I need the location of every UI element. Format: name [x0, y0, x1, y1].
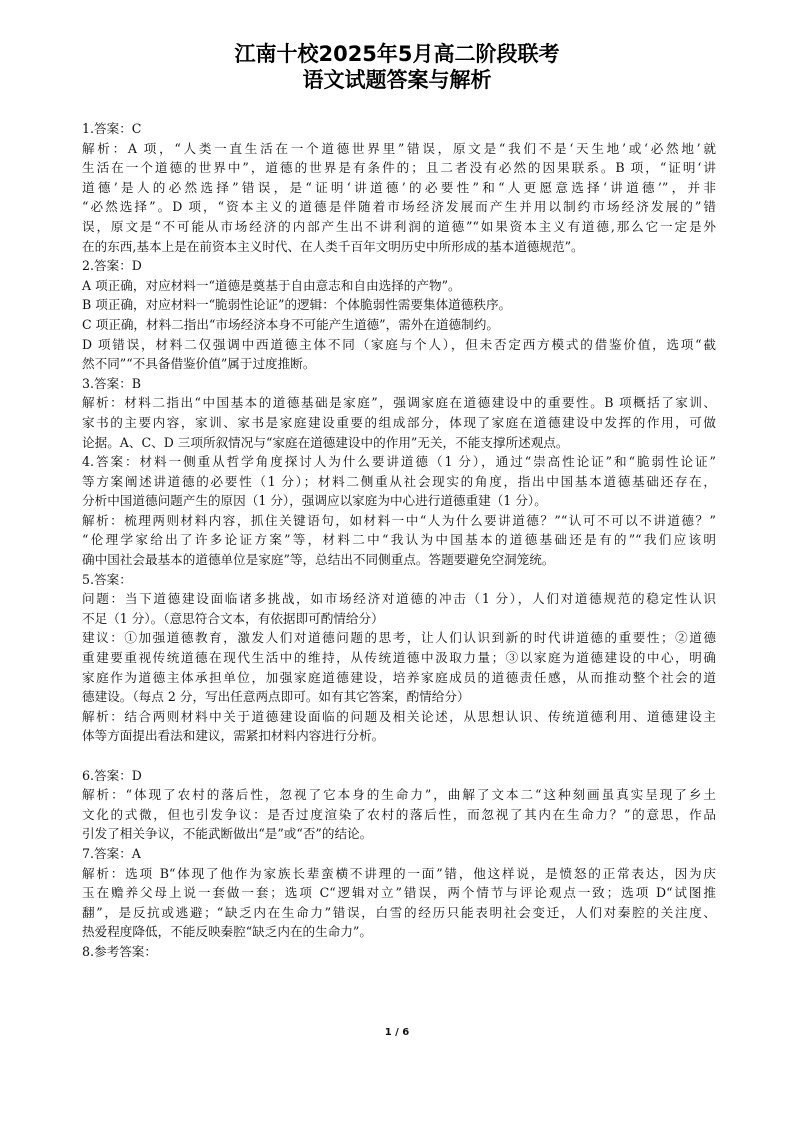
text-line: 翻”，是反抗或逃避；“缺乏内在生命力”错误，白雪的经历只能表明社会变迁，人们对秦… [82, 903, 716, 923]
text-line: 重建要重视传统道德在现代生活中的维持，从传统道德中汲取力量；③以家庭为道德建设的… [82, 648, 716, 668]
text-line: 引发了相关争议，不能武断做出“是”或“否”的结论。 [82, 824, 716, 844]
text-line: 不足（1 分）。（意思符合文本，有依据即可酌情给分） [82, 609, 716, 629]
text-line: 道德’是人的必然选择”错误，是“证明‘讲道德’的必要性”和“人更愿意选择‘讲道德… [82, 178, 716, 198]
text-line: 1.答案：C [82, 119, 716, 139]
text-line: 德建设。（每点 2 分，写出任意两点即可。如有其它答案，酌情给分） [82, 687, 716, 707]
text-line: 7.答案：A [82, 844, 716, 864]
text-line: 等方案阐述讲道德的必要性（1 分）；材料二侧重从社会现实的角度，指出中国基本道德… [82, 472, 716, 492]
text-line: 4.答案：材料一侧重从哲学角度探讨人为什么要讲道德（1 分），通过“崇高性论证”… [82, 452, 716, 472]
text-line: 体等方面提出看法和建议，需紧扣材料内容进行分析。 [82, 726, 716, 746]
page-number: 1 / 6 [0, 1027, 794, 1038]
text-line: C 项正确，材料二指出“市场经济本身不可能产生道德”，需外在道德制约。 [82, 315, 716, 335]
text-line: 解析：“体现了农村的落后性，忽视了它本身的生命力”，曲解了文本二“这种刻画虽真实… [82, 785, 716, 805]
text-line: 解析：选项 B“体现了他作为家族长辈蛮横不讲理的一面”错，他这样说，是愤怒的正常… [82, 864, 716, 884]
text-line: D 项错误，材料二仅强调中西道德主体不同（家庭与个人），但未否定西方模式的借鉴价… [82, 335, 716, 355]
text-line: 论据。A、C、D 三项所叙情况与“家庭在道德建设中的作用”无关，不能支撑所述观点… [82, 433, 716, 453]
text-line: 解析：材料二指出“中国基本的道德基础是家庭”，强调家庭在道德建设中的重要性。B … [82, 393, 716, 413]
text-line: 玉在赡养父母上说一套做一套；选项 C“逻辑对立”错误，两个情节与评论观点一致；选… [82, 883, 716, 903]
text-line: 在的东西,基本上是在前资本主义时代、在人类千百年文明历史中所形成的基本道德规范”… [82, 237, 716, 257]
text-line: 生活在一个道德的世界中”，道德的世界是有条件的；且二者没有必然的因果联系。B 项… [82, 158, 716, 178]
text-line: 文化的式微，但也引发争议：是否过度渲染了农村的落后性，而忽视了其内在生命力？”的… [82, 805, 716, 825]
text-line: 解析：梳理两则材料内容，抓住关键语句，如材料一中“人为什么要讲道德？”“认可不可… [82, 511, 716, 531]
text-line: 2.答案：D [82, 256, 716, 276]
text-line: 问题：当下道德建设面临诸多挑战，如市场经济对道德的冲击（1 分），人们对道德规范… [82, 589, 716, 609]
text-line: 误，原文是“不可能从市场经济的内部产生出不讲利润的道德”“如果资本主义有道德,那… [82, 217, 716, 237]
text-line: 8.参考答案： [82, 942, 716, 962]
text-line: 6.答案：D [82, 766, 716, 786]
text-line: 3.答案：B [82, 374, 716, 394]
text-line: 家书的主要内容，家训、家书是家庭建设重要的组成部分，体现了家庭在道德建设中发挥的… [82, 413, 716, 433]
text-line: 确中国社会最基本的道德单位是家庭”等，总结出不同侧重点。答题要避免空洞笼统。 [82, 550, 716, 570]
answer-body: 1.答案：C解析：A 项，“人类一直生活在一个道德世界里”错误，原文是“我们不是… [82, 119, 716, 962]
text-line: B 项正确，对应材料一“脆弱性论证”的逻辑：个体脆弱性需要集体道德秩序。 [82, 295, 716, 315]
blank-line [82, 746, 716, 766]
text-line: 5.答案： [82, 570, 716, 590]
document-subtitle: 语文试题答案与解析 [0, 64, 794, 94]
text-line: “必然选择”。D 项，“资本主义的道德是伴随着市场经济发展而产生并用以制约市场经… [82, 197, 716, 217]
text-line: 解析：A 项，“人类一直生活在一个道德世界里”错误，原文是“我们不是‘天生地’或… [82, 139, 716, 159]
text-line: 分析中国道德问题产生的原因（1 分），强调应以家庭为中心进行道德重建（1 分）。 [82, 491, 716, 511]
text-line: 解析：结合两则材料中关于道德建设面临的问题及相关论述，从思想认识、传统道德利用、… [82, 707, 716, 727]
text-line: 建议：①加强道德教育，激发人们对道德问题的思考，让人们认识到新的时代讲道德的重要… [82, 628, 716, 648]
text-line: A 项正确，对应材料一“道德是奠基于自由意志和自由选择的产物”。 [82, 276, 716, 296]
text-line: 然不同”“不具备借鉴价值”属于过度推断。 [82, 354, 716, 374]
text-line: 热爱程度降低，不能反映秦腔“缺乏内在的生命力”。 [82, 922, 716, 942]
text-line: “伦理学家给出了许多论证方案”等，材料二中“我认为中国基本的道德基础还是有的”“… [82, 530, 716, 550]
text-line: 家庭作为道德主体承担单位，加强家庭道德建设，培养家庭成员的道德责任感，从而推动整… [82, 668, 716, 688]
